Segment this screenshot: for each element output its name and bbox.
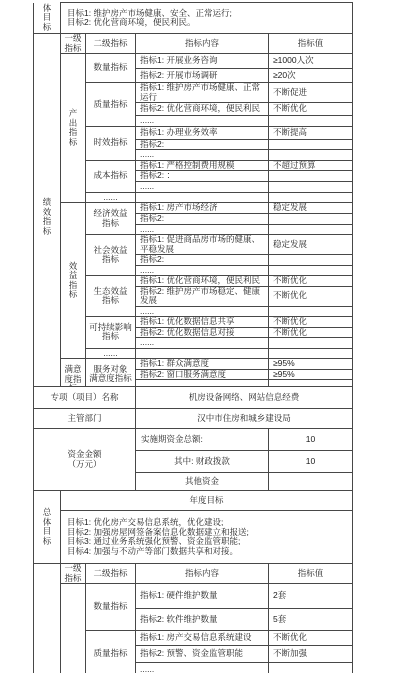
indicator-content: ...... — [136, 338, 269, 349]
table-row: 总 体 目 标 目标1: 维护房产市场健康、安全、正常运行; 目标2: 优化营商… — [34, 3, 353, 34]
project-name-value: 机房设备网络、网站信息经费 — [136, 387, 353, 409]
annual-goal-title: 年度目标 — [61, 491, 353, 511]
department-value: 汉中市住房和城乡建设局 — [136, 409, 353, 429]
indicator-content: 指标2: — [136, 255, 269, 266]
indicator-content: ...... — [136, 306, 269, 317]
level1-benefit-label: 效 益 指 标 — [61, 203, 86, 359]
header-level1: 一级 指标 — [61, 34, 86, 54]
indicator-value: 5套 — [269, 609, 353, 631]
indicator-value: 不断优化 — [269, 327, 353, 338]
department-label: 主管部门 — [34, 409, 136, 429]
indicator-content: 指标2: — [136, 139, 269, 150]
performance-target-table-top: 总 体 目 标 目标1: 维护房产市场健康、安全、正常运行; 目标2: 优化营商… — [33, 2, 353, 401]
overall-goal-label-text: 总 体 目 标 — [34, 3, 60, 33]
table-row: 产 出 指 标 数量指标 指标1: 开展业务咨询 ≥1000人次 — [34, 54, 353, 69]
indicator-content: 指标1: 硬件维护数量 — [136, 584, 269, 609]
table-row: 目标1: 优化房产交易信息系统，优化建设; 目标2: 加强房屋网签备案信息化数据… — [34, 511, 353, 564]
level2-ellipsis: ...... — [86, 192, 136, 203]
indicator-value: 不断优化 — [269, 103, 353, 116]
indicator-content: 指标2: 开展市场调研 — [136, 69, 269, 83]
indicator-value: 不断加强 — [269, 646, 353, 663]
indicator-value: 稳定发展 — [269, 203, 353, 214]
indicator-value — [269, 171, 353, 182]
indicator-content: 指标1: 开展业务咨询 — [136, 54, 269, 69]
indicator-content: 指标1: 办理业务效率 — [136, 126, 269, 139]
indicator-content: 指标2: 优化营商环境，便民利民 — [136, 103, 269, 116]
fund-total-label: 实施期资金总额: — [136, 429, 269, 451]
indicator-value: ≥20次 — [269, 69, 353, 83]
project-name-label: 专项（项目）名称 — [34, 387, 136, 409]
indicator-value: 不断提高 — [269, 126, 353, 139]
indicator-value — [269, 182, 353, 193]
indicator-value — [269, 214, 353, 225]
table-row: 资金金额 （万元） 实施期资金总额: 10 — [34, 429, 353, 451]
overall-goal-label: 总 体 目 标 — [34, 491, 61, 564]
indicator-value: 不断优化 — [269, 276, 353, 287]
level2-cost-label: 成本指标 — [86, 160, 136, 192]
indicator-value: ≥95% — [269, 369, 353, 380]
indicator-content: 指标1: 严格控制费用规模 — [136, 160, 269, 171]
indicator-value: ≥1000人次 — [269, 54, 353, 69]
indicator-content: ...... — [136, 116, 269, 127]
fund-total-value: 10 — [269, 429, 353, 451]
indicator-content: 指标2: 预警、资金监管职能 — [136, 646, 269, 663]
indicator-value — [269, 265, 353, 276]
level1-output-label — [61, 584, 86, 673]
indicator-content: 指标1: 房产市场经济 — [136, 203, 269, 214]
indicator-content — [136, 192, 269, 203]
level1-output-label: 产 出 指 标 — [61, 54, 86, 203]
indicator-content: 指标1: 群众满意度 — [136, 359, 269, 370]
header-content: 指标内容 — [136, 564, 269, 584]
level2-quantity-label: 数量指标 — [86, 584, 136, 631]
indicator-value: 不断优化 — [269, 317, 353, 328]
indicator-value: 2套 — [269, 584, 353, 609]
indicator-content: 指标2: 软件维护数量 — [136, 609, 269, 631]
level2-quantity-label: 数量指标 — [86, 54, 136, 83]
header-value: 指标值 — [269, 564, 353, 584]
indicator-value — [269, 150, 353, 161]
fund-fiscal-label: 其中: 财政拨款 — [136, 451, 269, 473]
indicator-content: 指标1: 房产交易信息系统建设 — [136, 631, 269, 646]
indicator-value — [269, 348, 353, 359]
fund-amount-label: 资金金额 （万元） — [34, 429, 136, 491]
table-row: 数量指标 指标1: 硬件维护数量 2套 — [34, 584, 353, 609]
indicator-header-row: 绩 效 指 标 一级 指标 二级指标 指标内容 指标值 — [34, 34, 353, 54]
indicator-value — [269, 306, 353, 317]
indicator-value — [269, 139, 353, 150]
indicator-content: ...... — [136, 224, 269, 235]
indicator-content: 指标2: 优化数据信息对接 — [136, 327, 269, 338]
indicator-value — [269, 255, 353, 266]
fund-other-value — [269, 473, 353, 491]
table-row: 总 体 目 标 年度目标 — [34, 491, 353, 511]
document-page: { "indicator_header": { "c1": "一级\n指标", … — [0, 0, 404, 673]
indicator-value: 不断促进 — [269, 83, 353, 103]
indicator-content: ...... — [136, 150, 269, 161]
goal-statements: 目标1: 优化房产交易信息系统，优化建设; 目标2: 加强房屋网签备案信息化数据… — [61, 511, 353, 564]
level2-sustainable-label: 可持续影响 指标 — [86, 317, 136, 349]
fund-fiscal-value: 10 — [269, 451, 353, 473]
indicator-content: ...... — [136, 663, 269, 673]
fund-other-label: 其他资金 — [136, 473, 269, 491]
level2-quality-label: 质量指标 — [86, 631, 136, 673]
indicator-value — [269, 224, 353, 235]
indicator-content: 指标1: 优化数据信息共享 — [136, 317, 269, 328]
indicator-value: 稳定发展 — [269, 235, 353, 255]
performance-indicator-label — [34, 564, 61, 673]
level2-social-label: 社会效益 指标 — [86, 235, 136, 276]
indicator-content: 指标2: 窗口服务满意度 — [136, 369, 269, 380]
indicator-content: ...... — [136, 265, 269, 276]
indicator-value — [269, 116, 353, 127]
indicator-value — [269, 663, 353, 673]
indicator-value: 不断优化 — [269, 286, 353, 306]
table-row: 效 益 指 标 经济效益 指标 指标1: 房产市场经济 稳定发展 — [34, 203, 353, 214]
level2-timeliness-label: 时效指标 — [86, 126, 136, 160]
indicator-content: 指标2: 维护房产市场稳定、健康发展 — [136, 286, 269, 306]
goal-statements: 目标1: 维护房产市场健康、安全、正常运行; 目标2: 优化营商环境，便民利民。 — [61, 3, 353, 34]
table-row: 主管部门 汉中市住房和城乡建设局 — [34, 409, 353, 429]
indicator-content: 指标2: — [136, 214, 269, 225]
header-level2: 二级指标 — [86, 564, 136, 584]
indicator-value: 不断优化 — [269, 631, 353, 646]
indicator-content — [136, 348, 269, 359]
header-content: 指标内容 — [136, 34, 269, 54]
level2-quality-label: 质量指标 — [86, 83, 136, 127]
table-row: 专项（项目）名称 机房设备网络、网站信息经费 — [34, 387, 353, 409]
indicator-content: 指标1: 优化营商环境，便民利民 — [136, 276, 269, 287]
indicator-value: 不超过预算 — [269, 160, 353, 171]
indicator-content: 指标1: 维护房产市场健康、正常运行 — [136, 83, 269, 103]
indicator-content: ...... — [136, 182, 269, 193]
project-target-table-bottom: 专项（项目）名称 机房设备网络、网站信息经费 主管部门 汉中市住房和城乡建设局 … — [33, 386, 353, 673]
level2-economic-label: 经济效益 指标 — [86, 203, 136, 235]
performance-indicator-label: 绩 效 指 标 — [34, 34, 61, 401]
indicator-content: 指标2: ： — [136, 171, 269, 182]
header-level2: 二级指标 — [86, 34, 136, 54]
indicator-value: ≥95% — [269, 359, 353, 370]
overall-goal-label: 总 体 目 标 — [34, 3, 61, 34]
header-level1: 一级 指标 — [61, 564, 86, 584]
header-value: 指标值 — [269, 34, 353, 54]
level2-ecological-label: 生态效益 指标 — [86, 276, 136, 317]
indicator-value — [269, 338, 353, 349]
indicator-content: 指标1: 促进商品房市场的健康、平稳发展 — [136, 235, 269, 255]
level2-ellipsis: ...... — [86, 348, 136, 359]
indicator-header-row: 一级 指标 二级指标 指标内容 指标值 — [34, 564, 353, 584]
indicator-value — [269, 192, 353, 203]
table-row: 满意 度指 标 服务对象 满意度指标 指标1: 群众满意度 ≥95% — [34, 359, 353, 370]
